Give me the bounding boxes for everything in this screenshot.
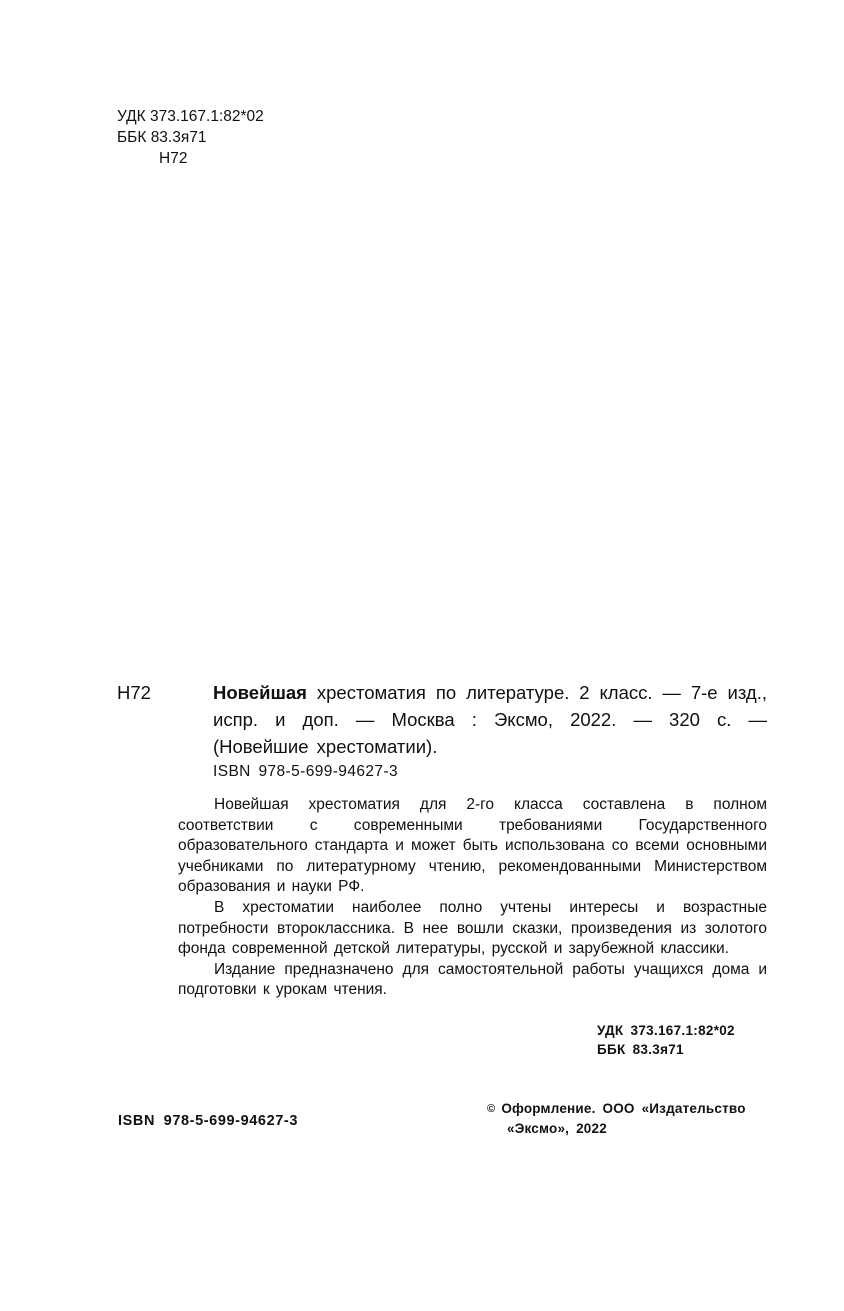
bbk-value: 83.3я71 bbox=[151, 129, 207, 146]
entry-title-bold: Новейшая bbox=[213, 682, 307, 703]
bottom-udk: УДК 373.167.1:82*02 bbox=[597, 1021, 735, 1040]
udk-code-row: УДК 373.167.1:82*02 bbox=[117, 106, 264, 127]
copyright-icon: © bbox=[487, 1103, 495, 1115]
udk-label: УДК bbox=[117, 108, 146, 125]
top-classification-codes: УДК 373.167.1:82*02 ББК 83.3я71 Н72 bbox=[117, 106, 264, 169]
bbk-code-row: ББК 83.3я71 bbox=[117, 127, 264, 148]
copyright-line2: «Эксмо», 2022 bbox=[487, 1119, 746, 1138]
bottom-classification-codes: УДК 373.167.1:82*02 ББК 83.3я71 bbox=[597, 1021, 735, 1059]
annotation-paragraph: Издание предназначено для самостоятельно… bbox=[178, 960, 767, 1001]
annotation-paragraph: В хрестоматии наиболее полно учтены инте… bbox=[178, 898, 767, 960]
udk-value: 373.167.1:82*02 bbox=[150, 108, 264, 125]
annotation-paragraph: Новейшая хрестоматия для 2-го класса сос… bbox=[178, 795, 767, 898]
copyright-notice: ©Оформление. ООО «Издательство «Эксмо», … bbox=[487, 1099, 746, 1138]
entry-isbn: ISBN 978-5-699-94627-3 bbox=[213, 762, 398, 782]
bottom-bbk: ББК 83.3я71 bbox=[597, 1040, 735, 1059]
isbn-bottom: ISBN 978-5-699-94627-3 bbox=[118, 1113, 298, 1129]
entry-author-sign: Н72 bbox=[117, 679, 151, 706]
bibliographic-entry: Новейшая хрестоматия по литературе. 2 кл… bbox=[213, 679, 767, 760]
copyright-line1: Оформление. ООО «Издательство bbox=[501, 1101, 745, 1116]
bbk-label: ББК bbox=[117, 129, 146, 146]
annotation: Новейшая хрестоматия для 2-го класса сос… bbox=[178, 795, 767, 1001]
author-sign: Н72 bbox=[117, 148, 264, 169]
